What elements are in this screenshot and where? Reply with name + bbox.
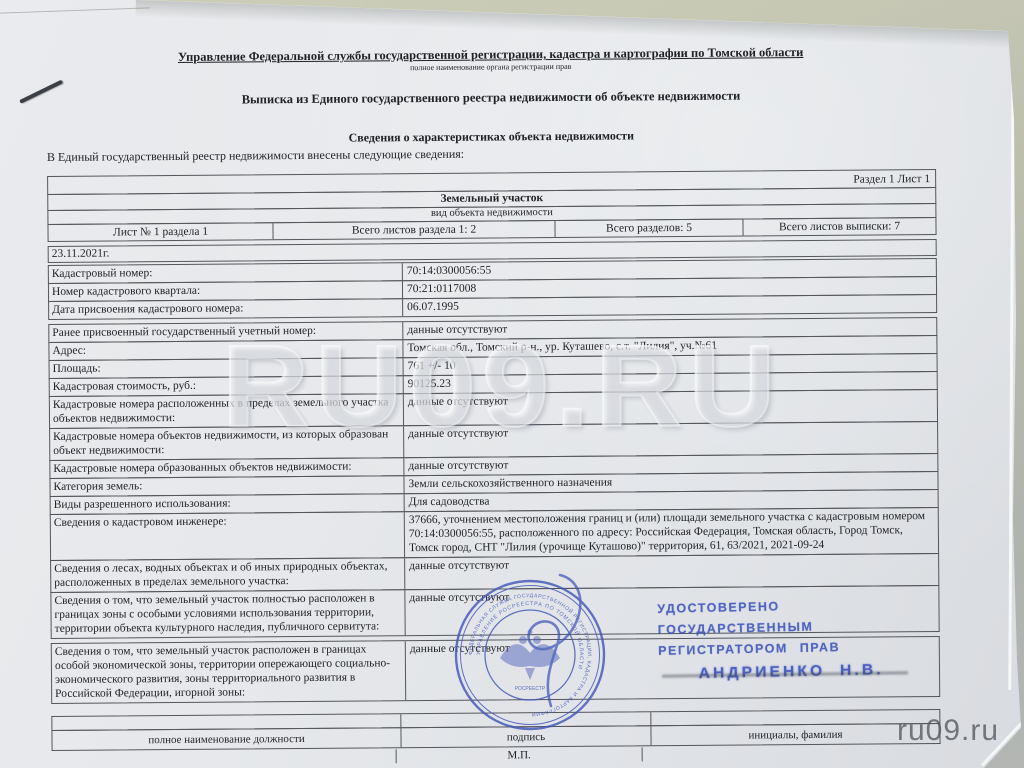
row-label: Дата присвоения кадастрового номера: <box>49 299 402 319</box>
stamp-line-1: УДОСТОВЕРЕНО ГОСУДАРСТВЕННЫМ <box>657 593 938 641</box>
seal-center-text: РОСРЕЕСТР <box>515 686 546 692</box>
row-value: данные отсутствуют <box>403 422 937 457</box>
sheet-cell: Лист № 1 раздела 1 <box>48 223 272 241</box>
row-value: данные отсутствуют <box>403 390 937 425</box>
sheet-cell: Всего листов раздела 1: 2 <box>272 221 554 239</box>
seal-svg: ФЕДЕРАЛЬНАЯ СЛУЖБА ГОСУДАРСТВЕННОЙ РЕГИС… <box>440 563 620 748</box>
position-label: полное наименование должности <box>52 728 400 750</box>
row-label: Кадастровые номера образованных объектов… <box>50 458 403 478</box>
row-label: Сведения о том, что земельный участок ра… <box>52 641 405 703</box>
paper-sheet: Управление Федеральной службы государств… <box>0 0 1024 768</box>
mp-label: М.П. <box>396 747 642 763</box>
meta-table: Раздел 1 Лист 1 Земельный участок вид об… <box>47 169 937 263</box>
back-sheet-edge <box>0 7 150 13</box>
row-label: Кадастровый номер: <box>49 263 402 283</box>
paper-right-edge <box>1008 30 1014 690</box>
intro-text: В Единый государственный реестр недвижим… <box>47 143 936 164</box>
row-label: Сведения о кадастровом инженере: <box>51 512 404 560</box>
row-label: Ранее присвоенный государственный учетны… <box>49 322 402 342</box>
table-row: Сведения о кадастровом инженере:37666, у… <box>50 507 939 561</box>
row-label: Категория земель: <box>50 476 403 496</box>
watermark-corner: ru09.ru <box>897 714 999 748</box>
seal-eagle-emblem <box>500 630 560 681</box>
document-photo: Управление Федеральной службы государств… <box>0 0 1024 768</box>
row-label: Сведения о том, что земельный участок по… <box>51 590 404 638</box>
sheet-cell: Всего разделов: 5 <box>554 220 742 237</box>
sheet-cell: Всего листов выписки: 7 <box>742 218 935 236</box>
row-label: Кадастровые номера объектов недвижимости… <box>50 426 403 460</box>
row-label: Адрес: <box>49 340 402 360</box>
row-label: Номер кадастрового квартала: <box>49 281 402 301</box>
document-title: Выписка из Единого государственного реес… <box>46 87 935 108</box>
round-seal: ФЕДЕРАЛЬНАЯ СЛУЖБА ГОСУДАРСТВЕННОЙ РЕГИС… <box>440 563 620 748</box>
row-label: Кадастровая стоимость, руб.: <box>50 376 403 396</box>
row-label: Виды разрешенного использования: <box>51 494 404 514</box>
row-value: 37666, уточнением местоположения границ … <box>404 508 938 557</box>
row-label: Сведения о лесах, водных объектах и об и… <box>51 558 404 592</box>
row-label: Площадь: <box>50 358 403 378</box>
stamp-line-2: РЕГИСТРАТОРОМ ПРАВ <box>658 635 938 662</box>
row-label: Кадастровые номера расположенных в преде… <box>50 394 403 428</box>
